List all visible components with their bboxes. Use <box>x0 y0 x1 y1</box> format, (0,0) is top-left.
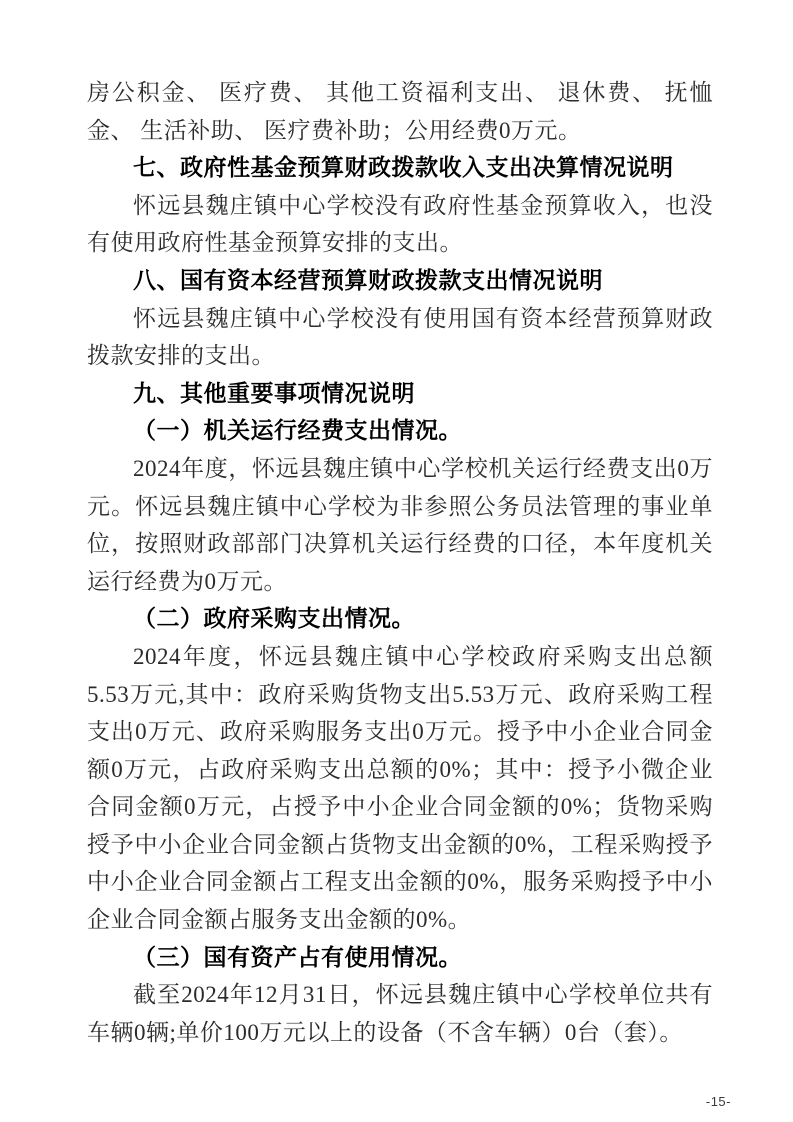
paragraph-welfare-expense-continuation: 房公积金、 医疗费、 其他工资福利支出、 退休费、 抚恤金、 生活补助、 医疗费… <box>87 74 713 149</box>
subheading-2-government-procurement: （二）政府采购支出情况。 <box>87 600 713 638</box>
document-body: 房公积金、 医疗费、 其他工资福利支出、 退休费、 抚恤金、 生活补助、 医疗费… <box>87 74 713 1051</box>
document-page: 房公积金、 医疗费、 其他工资福利支出、 退休费、 抚恤金、 生活补助、 医疗费… <box>0 0 793 1122</box>
page-number: -15- <box>706 1094 731 1109</box>
paragraph-government-procurement: 2024年度，怀远县魏庄镇中心学校政府采购支出总额5.53万元,其中：政府采购货… <box>87 638 713 939</box>
subheading-1-agency-operating-expense: （一）机关运行经费支出情况。 <box>87 412 713 450</box>
subheading-3-state-asset-usage: （三）国有资产占有使用情况。 <box>87 939 713 977</box>
heading-section-9-other-important-matters: 九、其他重要事项情况说明 <box>87 375 713 413</box>
paragraph-agency-operating-expense: 2024年度，怀远县魏庄镇中心学校机关运行经费支出0万元。怀远县魏庄镇中心学校为… <box>87 450 713 600</box>
paragraph-government-fund-budget: 怀远县魏庄镇中心学校没有政府性基金预算收入，也没有使用政府性基金预算安排的支出。 <box>87 187 713 262</box>
paragraph-state-capital-budget: 怀远县魏庄镇中心学校没有使用国有资本经营预算财政拨款安排的支出。 <box>87 300 713 375</box>
heading-section-7-government-fund-budget: 七、政府性基金预算财政拨款收入支出决算情况说明 <box>87 149 713 187</box>
heading-section-8-state-capital-budget: 八、国有资本经营预算财政拨款支出情况说明 <box>87 262 713 300</box>
paragraph-state-asset-usage: 截至2024年12月31日，怀远县魏庄镇中心学校单位共有车辆0辆;单价100万元… <box>87 976 713 1051</box>
